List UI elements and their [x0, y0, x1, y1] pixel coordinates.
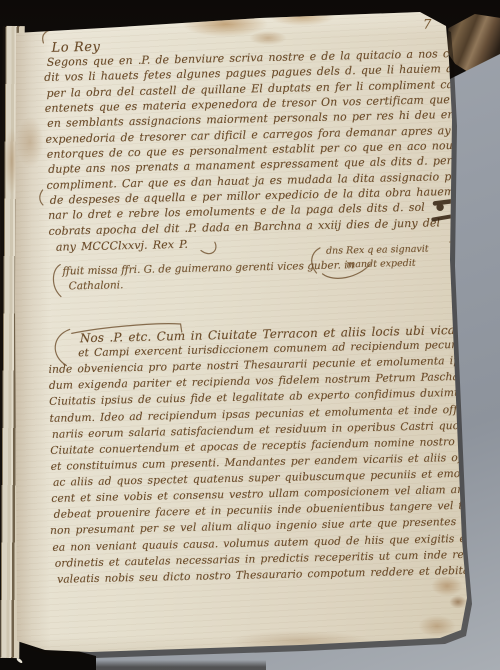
- folio-number: 7: [423, 17, 432, 32]
- chancery-note-line: mandt expedit: [346, 258, 416, 271]
- registration-note-line: Cathaloni.: [69, 279, 124, 292]
- ink-layer: 7 Lo Rey Segons que en .P. de benviure s…: [0, 0, 500, 670]
- manuscript-page: 7 Lo Rey Segons que en .P. de benviure s…: [0, 0, 500, 670]
- cover-shadow: [96, 660, 266, 670]
- manuscript-photograph: 7 Lo Rey Segons que en .P. de benviure s…: [0, 0, 500, 670]
- entry1-line: any MCCClxxvj. Rex P.: [56, 239, 188, 253]
- registration-note-line: ffuit missa ffri. G. de guimerano gerent…: [62, 259, 354, 277]
- entry1-heading: Lo Rey: [51, 40, 100, 56]
- chancery-note-line: dns Rex q ea signavit: [326, 244, 429, 257]
